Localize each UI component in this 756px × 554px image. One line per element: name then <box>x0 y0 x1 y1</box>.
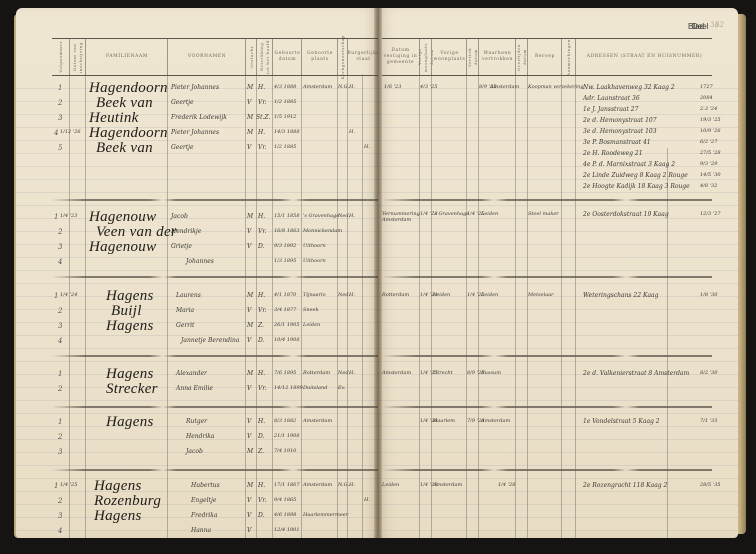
sex: V <box>247 497 251 504</box>
row-number: 4 <box>58 337 62 345</box>
sex: M <box>247 322 253 329</box>
given-names: Maria <box>176 307 194 314</box>
birth-date: 7/4 1910 <box>274 448 296 454</box>
relation: D. <box>258 243 265 250</box>
col-beroep: Beroep <box>527 39 562 75</box>
birth-place: 's Gravenhage <box>303 213 339 219</box>
address: Weteringschans 22 Kaag <box>583 292 658 299</box>
right-header-row: Datum vestiging in gemeente Vorige woonp… <box>382 38 712 76</box>
given-names: Grietje <box>171 243 192 250</box>
relation: Vr. <box>258 385 266 392</box>
address-date: 1/8 '30 <box>700 292 717 298</box>
col-datum: Datum van inschrijving <box>69 39 86 75</box>
previous-residence: Leiden <box>433 292 450 298</box>
table-row: 4 Johannes 1/3 1895 Uithoorn <box>16 258 378 272</box>
previous-residence: Amsterdam <box>433 482 462 488</box>
row-number: 1 <box>54 292 58 300</box>
sex: V <box>247 228 251 235</box>
destination: Bussum <box>481 370 501 376</box>
settlement-date: Rotterdam <box>382 292 409 298</box>
row-number: 4 <box>54 129 58 137</box>
address: 4e P. d. Marnixstraat 3 Kaag 2 <box>583 161 675 168</box>
sex: M <box>247 482 253 489</box>
sex: V <box>247 144 251 151</box>
col-betrekking: Betrekking tot het hoofd <box>256 39 273 75</box>
relation: H. <box>258 84 265 91</box>
family-separator <box>382 469 712 471</box>
sex: V <box>247 418 251 425</box>
settlement-date: Vernummering Amsterdam <box>382 211 418 223</box>
col-vestiging: Datum vestiging in gemeente <box>382 39 419 75</box>
family-separator <box>382 199 712 201</box>
table-row: 2 Buijl Maria V Vr. 3/4 1877 Sneek <box>16 307 378 321</box>
given-names: Geertje <box>171 144 194 151</box>
table-row: 3 Jacob M Z. 7/4 1910 <box>16 448 378 462</box>
address: 3e P. Bosmanstraat 41 <box>583 139 651 146</box>
sex: V <box>247 337 251 344</box>
civil-status: H. <box>349 370 355 376</box>
address-date: 14/5 '30 <box>700 172 721 178</box>
family-separator <box>52 355 378 357</box>
sex: V <box>247 99 251 106</box>
address: Nw. Laakhavenweg 32 Kaag 2 <box>583 84 675 91</box>
given-names: Pieter Johannes <box>171 84 219 91</box>
birth-date: 17/1 1867 <box>274 482 300 488</box>
given-names: Johannes <box>186 258 214 265</box>
birth-place: Amsterdam <box>303 84 332 90</box>
family-separator <box>52 276 378 278</box>
previous-residence: 's Gravenhage <box>433 211 469 217</box>
col-voornamen: VOORNAMEN <box>167 39 246 75</box>
religion: Ev. <box>338 385 345 391</box>
address-date: 4/8 '32 <box>700 183 717 189</box>
address-date: 19/3 '25 <box>700 117 721 123</box>
table-row: 3 Hagens Gerrit M Z. 26/1 1905 Leiden <box>16 322 378 336</box>
table-row: 3 Hagenouw Grietje V D. 9/3 1892 Uithoor… <box>16 243 378 257</box>
table-row: Leiden 1/4 '25 Amsterdam 1/4 '28 2e Roze… <box>378 482 738 496</box>
birth-place: Tijnaarlo <box>303 292 326 298</box>
relation: Z. <box>258 448 264 455</box>
book-gutter <box>374 8 382 538</box>
address: 3e d. Hemonystraat 103 <box>583 128 657 135</box>
relation: Vr. <box>258 144 266 151</box>
row-number: 2 <box>58 433 62 441</box>
birth-date: 15/1 1858 <box>274 213 300 219</box>
col-waarheen: Waarheen vertrokken <box>478 39 516 75</box>
row-number: 3 <box>58 114 62 122</box>
table-row: 4 Hanna V 12/4 1901 <box>16 527 378 538</box>
row-number: 2 <box>58 228 62 236</box>
row-number: 1 <box>54 482 58 490</box>
birth-date: 14/12 1899 <box>274 385 303 391</box>
birth-date: 7/6 1895 <box>274 370 296 376</box>
birth-date: 1/2 1885 <box>274 144 296 150</box>
family-separator <box>52 469 378 471</box>
given-names: Fredrika <box>191 512 217 519</box>
birth-place: Haarlemmermeer <box>303 512 348 518</box>
family-separator <box>382 276 712 278</box>
birth-date: 26/1 1905 <box>274 322 300 328</box>
relation: Vr. <box>258 497 266 504</box>
birth-place: Amsterdam <box>303 482 332 488</box>
registration-date: 1/4 '25 <box>60 482 77 488</box>
registration-date: 1/4 '23 <box>60 213 77 219</box>
blad-value: 33 <box>710 21 719 29</box>
row-number: 3 <box>58 243 62 251</box>
table-row: 2 Rozenburg Engeltje V Vr. 9/4 1865 H. <box>16 497 378 511</box>
given-names: Jacob <box>186 448 203 455</box>
relation: H. <box>258 129 265 136</box>
relation: D. <box>258 337 265 344</box>
sex: M <box>247 129 253 136</box>
birth-date: 3/4 1877 <box>274 307 296 313</box>
relation: Vr. <box>258 228 266 235</box>
sex: M <box>247 213 253 220</box>
table-row: 4 1/12 '26 Hagendoorn Pieter Johannes M … <box>16 129 378 143</box>
address-date: 2.3 '24 <box>700 106 717 112</box>
address-date: 2084 <box>700 95 713 101</box>
address: 2e Rozengracht 118 Kaag 2 <box>583 482 667 489</box>
birth-date: 1/3 1895 <box>274 258 296 264</box>
address-date: 6/2 '27 <box>700 139 717 145</box>
birth-date: 9/4 1865 <box>274 497 296 503</box>
table-row: 2 Veen van der Hendrikje V Vr. 16/8 1863… <box>16 228 378 242</box>
civil-status: H. <box>349 213 355 219</box>
row-number: 4 <box>58 258 62 266</box>
row-number: 2 <box>58 385 62 393</box>
table-row: 3 Heutink Frederik Lodewijk M St.Z. 1/5 … <box>16 114 378 128</box>
family-separator <box>52 199 378 201</box>
sex: M <box>247 114 253 121</box>
row-number: 2 <box>58 497 62 505</box>
left-page: Volgnummer Datum van inschrijving FAMILI… <box>16 8 378 538</box>
surname: Strecker <box>106 381 158 398</box>
surname: Hagenouw <box>89 239 156 256</box>
sex: V <box>247 433 251 440</box>
given-names: Jacob <box>171 213 188 220</box>
settlement-date: 1/6 '23 <box>384 84 401 90</box>
row-number: 1 <box>54 213 58 221</box>
surname: Hagens <box>94 508 142 525</box>
sex: M <box>247 370 253 377</box>
table-row: Rotterdam 1/4 '24 Leiden 1/4 '26 Leiden … <box>378 292 738 306</box>
col-geboorte-datum: Geboorte datum <box>272 39 302 75</box>
row-number: 3 <box>58 322 62 330</box>
occupation: Koopman verzekering <box>528 84 584 90</box>
destination: Leiden <box>481 292 498 298</box>
relation: H. <box>258 418 265 425</box>
given-names: Pieter Johannes <box>171 129 219 136</box>
birth-place: Leiden <box>303 322 320 328</box>
address: 2e d. Valkenierstraat 8 Amsterdam <box>583 370 689 377</box>
address-date: 1727 <box>700 84 713 90</box>
address: Adr. Laanstraat 36 <box>583 95 640 102</box>
civil-status: H. <box>349 482 355 488</box>
relation: Vr. <box>258 307 266 314</box>
birth-date: 4/1 1870 <box>274 292 296 298</box>
birth-date: 8/3 1882 <box>274 418 296 424</box>
right-page: Deel 62 Datum vestiging in gemeente Vori… <box>378 8 738 538</box>
table-row: 3 Hagens Fredrika V D. 4/6 1898 Haarlemm… <box>16 512 378 526</box>
birth-date: 10/4 1908 <box>274 337 300 343</box>
registration-date: 1/4 '24 <box>60 292 77 298</box>
destination: Amsterdam <box>490 84 519 90</box>
address-date: 8/2 '30 <box>700 370 717 376</box>
row-number: 5 <box>58 144 62 152</box>
sex: V <box>247 512 251 519</box>
destination: Leiden <box>481 211 498 217</box>
given-names: Rutger <box>186 418 207 425</box>
col-adressen: ADRESSEN (STRAAT EN HUISNUMMER) <box>575 39 713 75</box>
given-names: Gerrit <box>176 322 194 329</box>
relation: St.Z. <box>256 114 270 121</box>
table-row: 1 Hagens Rutger V H. 8/3 1882 Amsterdam <box>16 418 378 432</box>
table-row: 2e Hoogte Kadijk 18 Kaag 3 Rouge 4/8 '32 <box>378 183 738 197</box>
address: 1e J. Jansstraat 27 <box>583 106 638 113</box>
given-names: Laurens <box>176 292 201 299</box>
table-row: 4 Jannetje Berendina V D. 10/4 1908 <box>16 337 378 351</box>
religion: N.G. <box>338 482 349 488</box>
sex: M <box>247 448 253 455</box>
birth-date: 4/3 1888 <box>274 84 296 90</box>
destination: Amsterdam <box>481 418 510 424</box>
relation: H. <box>258 213 265 220</box>
col-familienaam: FAMILIENAAM <box>85 39 168 75</box>
col-vorige-woonplaats: Vorige woonplaats <box>431 39 467 75</box>
table-row: 1 Hagens Alexander M H. 7/6 1895 Rotterd… <box>16 370 378 384</box>
divider <box>667 148 668 538</box>
given-names: Jannetje Berendina <box>181 337 239 344</box>
birth-date: 9/3 1892 <box>274 243 296 249</box>
previous-date: 4/3 '25 <box>420 84 437 90</box>
table-row: 2 Hendrika V D. 21/1 1908 <box>16 433 378 447</box>
surname: Hagens <box>106 318 154 335</box>
civil-status: H. <box>349 84 355 90</box>
col-volgnummer: Volgnummer <box>52 39 69 75</box>
given-names: Hanna <box>191 527 211 534</box>
address-date: 28/5 '35 <box>700 482 721 488</box>
relation: D. <box>258 433 265 440</box>
table-row: Vernummering Amsterdam 1/4 '23 's Graven… <box>378 211 738 225</box>
birth-date: 4/6 1898 <box>274 512 296 518</box>
row-number: 2 <box>58 307 62 315</box>
col-geboorte-plaats: Geboorte plaats <box>301 39 338 75</box>
occupation: Metselaar <box>528 292 554 298</box>
left-header-row: Volgnummer Datum van inschrijving FAMILI… <box>52 38 378 76</box>
sex: V <box>247 307 251 314</box>
family-separator <box>382 355 712 357</box>
surname: Beek van <box>96 140 153 157</box>
settlement-date: Amsterdam <box>382 370 411 376</box>
birth-place: Amsterdam <box>303 418 332 424</box>
birth-date: 1/2 1885 <box>274 99 296 105</box>
birth-date: 16/8 1863 <box>274 228 300 234</box>
address-date: 10/9 '26 <box>700 128 721 134</box>
birth-place: Duitsland <box>303 385 327 391</box>
registration-date: 1/12 '26 <box>60 129 81 135</box>
table-row: Amsterdam 1/4 '25 Utrecht 8/9 '26 Bussum… <box>378 370 738 384</box>
row-number: 1 <box>58 418 62 426</box>
given-names: Hendrika <box>186 433 215 440</box>
birth-date: 14/3 1888 <box>274 129 300 135</box>
address: 2e Linde Zuidweg 8 Kaag 2 Rouge <box>583 172 688 179</box>
row-number: 1 <box>58 370 62 378</box>
relation: D. <box>258 512 265 519</box>
relation: H. <box>258 292 265 299</box>
sex: M <box>247 292 253 299</box>
civil-status: H. <box>349 129 355 135</box>
address-date: 7/1 '33 <box>700 418 717 424</box>
relation: H. <box>258 370 265 377</box>
address: 1e Vondelstraat 5 Kaag 2 <box>583 418 660 425</box>
table-row: 2 Strecker Anna Emilie V Vr. 14/12 1899 … <box>16 385 378 399</box>
previous-residence: Haarlem <box>433 418 455 424</box>
previous-residence: Utrecht <box>433 370 453 376</box>
table-row: 1/4 '26 Haarlem 7/9 '26 Amsterdam 1e Von… <box>378 418 738 432</box>
given-names: Hubertus <box>191 482 220 489</box>
table-row: 1 Hagendoorn Pieter Johannes M H. 4/3 18… <box>16 84 378 98</box>
given-names: Engeltje <box>191 497 216 504</box>
civil-status: H. <box>364 497 370 503</box>
civil-status: H. <box>364 144 370 150</box>
given-names: Hendrikje <box>171 228 201 235</box>
given-names: Geertje <box>171 99 194 106</box>
table-row: 2 Beek van Geertje V Vr. 1/2 1885 <box>16 99 378 113</box>
sex: M <box>247 84 253 91</box>
given-names: Alexander <box>176 370 207 377</box>
civil-status: H. <box>349 292 355 298</box>
relation: H. <box>258 482 265 489</box>
blad-label: Blad <box>688 22 704 31</box>
birth-place: Uithoorn <box>303 243 326 249</box>
birth-place: Sneek <box>303 307 319 313</box>
address: 2e d. Hemonystraat 107 <box>583 117 657 124</box>
sex: V <box>247 527 251 534</box>
sex: V <box>247 385 251 392</box>
birth-place: Rotterdam <box>303 370 330 376</box>
table-row: 1 1/4 '25 Hagens Hubertus M H. 17/1 1867… <box>16 482 378 496</box>
given-names: Anna Emilie <box>176 385 213 392</box>
address-date: 12/3 '27 <box>700 211 721 217</box>
row-number: 2 <box>58 99 62 107</box>
settlement-date: Leiden <box>382 482 399 488</box>
occupation: Stoel maker <box>528 211 559 217</box>
birth-place: Monnickendam <box>303 228 342 234</box>
religion: N.G. <box>338 84 349 90</box>
birth-date: 1/5 1912 <box>274 114 296 120</box>
birth-date: 21/1 1908 <box>274 433 300 439</box>
table-row: 1 1/4 '24 Hagens Laurens M H. 4/1 1870 T… <box>16 292 378 306</box>
relation: Z. <box>258 322 264 329</box>
row-number: 4 <box>58 527 62 535</box>
address: 2e H. Roodeweg 21 <box>583 150 643 157</box>
row-number: 3 <box>58 512 62 520</box>
birth-date: 12/4 1901 <box>274 527 300 533</box>
col-aanmerkingen: Aanmerkingen <box>561 39 576 75</box>
surname: Hagens <box>106 414 154 431</box>
address: 2e Oosterdokstraat 19 Kaag <box>583 211 669 218</box>
address-date: 27/5 '28 <box>700 150 721 156</box>
family-separator <box>382 406 712 408</box>
row-number: 3 <box>58 448 62 456</box>
address: 2e Hoogte Kadijk 18 Kaag 3 Rouge <box>583 183 690 190</box>
table-row: 1 1/4 '23 Hagenouw Jacob M H. 15/1 1858 … <box>16 213 378 227</box>
departure-date: 1/4 '28 <box>498 482 515 488</box>
table-row: 5 Beek van Geertje V Vr. 1/2 1885 H. <box>16 144 378 158</box>
relation: Vr. <box>258 99 266 106</box>
given-names: Frederik Lodewijk <box>171 114 227 121</box>
family-separator <box>52 406 378 408</box>
birth-place: Uithoorn <box>303 258 326 264</box>
row-number: 1 <box>58 84 62 92</box>
address-date: 9/3 '29 <box>700 161 717 167</box>
book-spread: Volgnummer Datum van inschrijving FAMILI… <box>0 0 756 554</box>
sex: V <box>247 243 251 250</box>
